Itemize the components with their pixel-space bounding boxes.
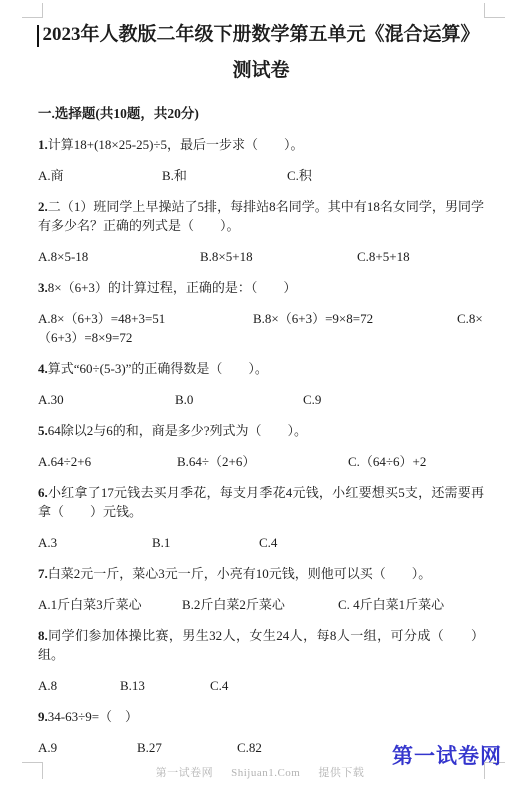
question-9-number: 9. xyxy=(38,709,48,724)
question-3-option-b: B.8×（6+3）=9×8=72 xyxy=(253,309,457,328)
question-9-option-b: B.27 xyxy=(137,738,237,757)
question-1-option-a: A.商 xyxy=(38,166,162,185)
question-8-text: 同学们参加体操比赛，男生32人，女生24人，每8人一组，可分成（ ）组。 xyxy=(38,628,484,662)
document-page[interactable]: 2023年人教版二年级下册数学第五单元《混合运算》 测试卷 一.选择题(共10题… xyxy=(0,0,520,786)
question-6-text: 小红拿了17元钱去买月季花，每支月季花4元钱，小红要想买5支，还需要再拿（ ）元… xyxy=(38,485,484,519)
question-8-option-c: C.4 xyxy=(210,676,228,695)
question-6-option-b: B.1 xyxy=(152,533,259,552)
question-8: 8.同学们参加体操比赛，男生32人，女生24人，每8人一组，可分成（ ）组。 xyxy=(38,626,484,664)
footer-download-note: 提供下载 xyxy=(318,767,364,779)
question-1-options: A.商B.和C.积 xyxy=(38,166,484,185)
question-9-option-a: A.9 xyxy=(38,738,137,757)
document-text-area[interactable]: 2023年人教版二年级下册数学第五单元《混合运算》 测试卷 一.选择题(共10题… xyxy=(38,0,484,757)
question-7: 7.白菜2元一斤，菜心3元一斤，小亮有10元钱，则他可以买（ ）。 xyxy=(38,564,484,583)
question-2-option-c: C.8+5+18 xyxy=(357,247,410,266)
question-7-option-c: C. 4斤白菜1斤菜心 xyxy=(338,595,444,614)
question-1-text: 计算18+(18×25-25)÷5，最后一步求（ ）。 xyxy=(48,137,304,152)
question-8-option-b: B.13 xyxy=(120,676,210,695)
question-8-option-a: A.8 xyxy=(38,676,120,695)
question-7-text: 白菜2元一斤，菜心3元一斤，小亮有10元钱，则他可以买（ ）。 xyxy=(48,566,432,581)
question-1: 1.计算18+(18×25-25)÷5，最后一步求（ ）。 xyxy=(38,135,484,154)
crop-mark-top-right xyxy=(484,3,505,18)
question-1-option-b: B.和 xyxy=(162,166,287,185)
question-6-options: A.3B.1C.4 xyxy=(38,533,484,552)
question-4-options: A.30B.0C.9 xyxy=(38,390,484,409)
question-1-number: 1. xyxy=(38,137,48,152)
question-4: 4.算式“60÷(5-3)”的正确得数是（ ）。 xyxy=(38,359,484,378)
question-4-option-a: A.30 xyxy=(38,390,175,409)
question-5-number: 5. xyxy=(38,423,48,438)
question-9-option-c: C.82 xyxy=(237,738,262,757)
question-2-options: A.8×5-18B.8×5+18C.8+5+18 xyxy=(38,247,484,266)
question-8-number: 8. xyxy=(38,628,48,643)
document-title-line-1: 2023年人教版二年级下册数学第五单元《混合运算》 xyxy=(38,22,484,48)
question-5-option-c: C.（64÷6）+2 xyxy=(348,452,426,471)
question-7-option-a: A.1斤白菜3斤菜心 xyxy=(38,595,182,614)
question-6-number: 6. xyxy=(38,485,48,500)
question-3-text: 8×（6+3）的计算过程，正确的是：（ ） xyxy=(48,280,297,295)
question-3-number: 3. xyxy=(38,280,48,295)
question-3: 3.8×（6+3）的计算过程，正确的是：（ ） xyxy=(38,278,484,297)
question-1-option-c: C.积 xyxy=(287,166,312,185)
question-6-option-a: A.3 xyxy=(38,533,152,552)
question-7-options: A.1斤白菜3斤菜心B.2斤白菜2斤菜心C. 4斤白菜1斤菜心 xyxy=(38,595,484,614)
question-2: 2.二（1）班同学上早操站了5排，每排站8名同学。其中有18名女同学，男同学有多… xyxy=(38,197,484,235)
question-4-number: 4. xyxy=(38,361,48,376)
question-2-option-a: A.8×5-18 xyxy=(38,247,200,266)
section-heading: 一.选择题(共10题，共20分) xyxy=(38,104,484,123)
question-5-options: A.64÷2+6B.64÷（2+6）C.（64÷6）+2 xyxy=(38,452,484,471)
question-5: 5.64除以2与6的和，商是多少?列式为（ ）。 xyxy=(38,421,484,440)
question-4-option-c: C.9 xyxy=(303,390,321,409)
question-6-option-c: C.4 xyxy=(259,533,277,552)
question-2-text: 二（1）班同学上早操站了5排，每排站8名同学。其中有18名女同学，男同学有多少名… xyxy=(38,199,484,233)
question-9-text: 34-63÷9=（ ） xyxy=(48,709,138,724)
question-5-option-a: A.64÷2+6 xyxy=(38,452,177,471)
question-9: 9.34-63÷9=（ ） xyxy=(38,707,484,726)
footer-site-url: Shijuan1.Com xyxy=(231,767,300,779)
footer-site-name: 第一试卷网 xyxy=(156,767,214,779)
question-7-number: 7. xyxy=(38,566,48,581)
question-2-number: 2. xyxy=(38,199,48,214)
document-title-line-2: 测试卷 xyxy=(38,58,484,84)
question-4-option-b: B.0 xyxy=(175,390,303,409)
question-5-option-b: B.64÷（2+6） xyxy=(177,452,348,471)
question-3-option-a: A.8×（6+3）=48+3=51 xyxy=(38,309,253,328)
question-2-option-b: B.8×5+18 xyxy=(200,247,357,266)
question-6: 6.小红拿了17元钱去买月季花，每支月季花4元钱，小红要想买5支，还需要再拿（ … xyxy=(38,483,484,521)
question-7-option-b: B.2斤白菜2斤菜心 xyxy=(182,595,338,614)
question-8-options: A.8B.13C.4 xyxy=(38,676,484,695)
question-5-text: 64除以2与6的和，商是多少?列式为（ ）。 xyxy=(48,423,307,438)
question-4-text: 算式“60÷(5-3)”的正确得数是（ ）。 xyxy=(48,361,268,376)
watermark-site-name: 第一试卷网 xyxy=(392,740,502,770)
question-3-options: A.8×（6+3）=48+3=51B.8×（6+3）=9×8=72C.8×（6+… xyxy=(38,309,484,347)
